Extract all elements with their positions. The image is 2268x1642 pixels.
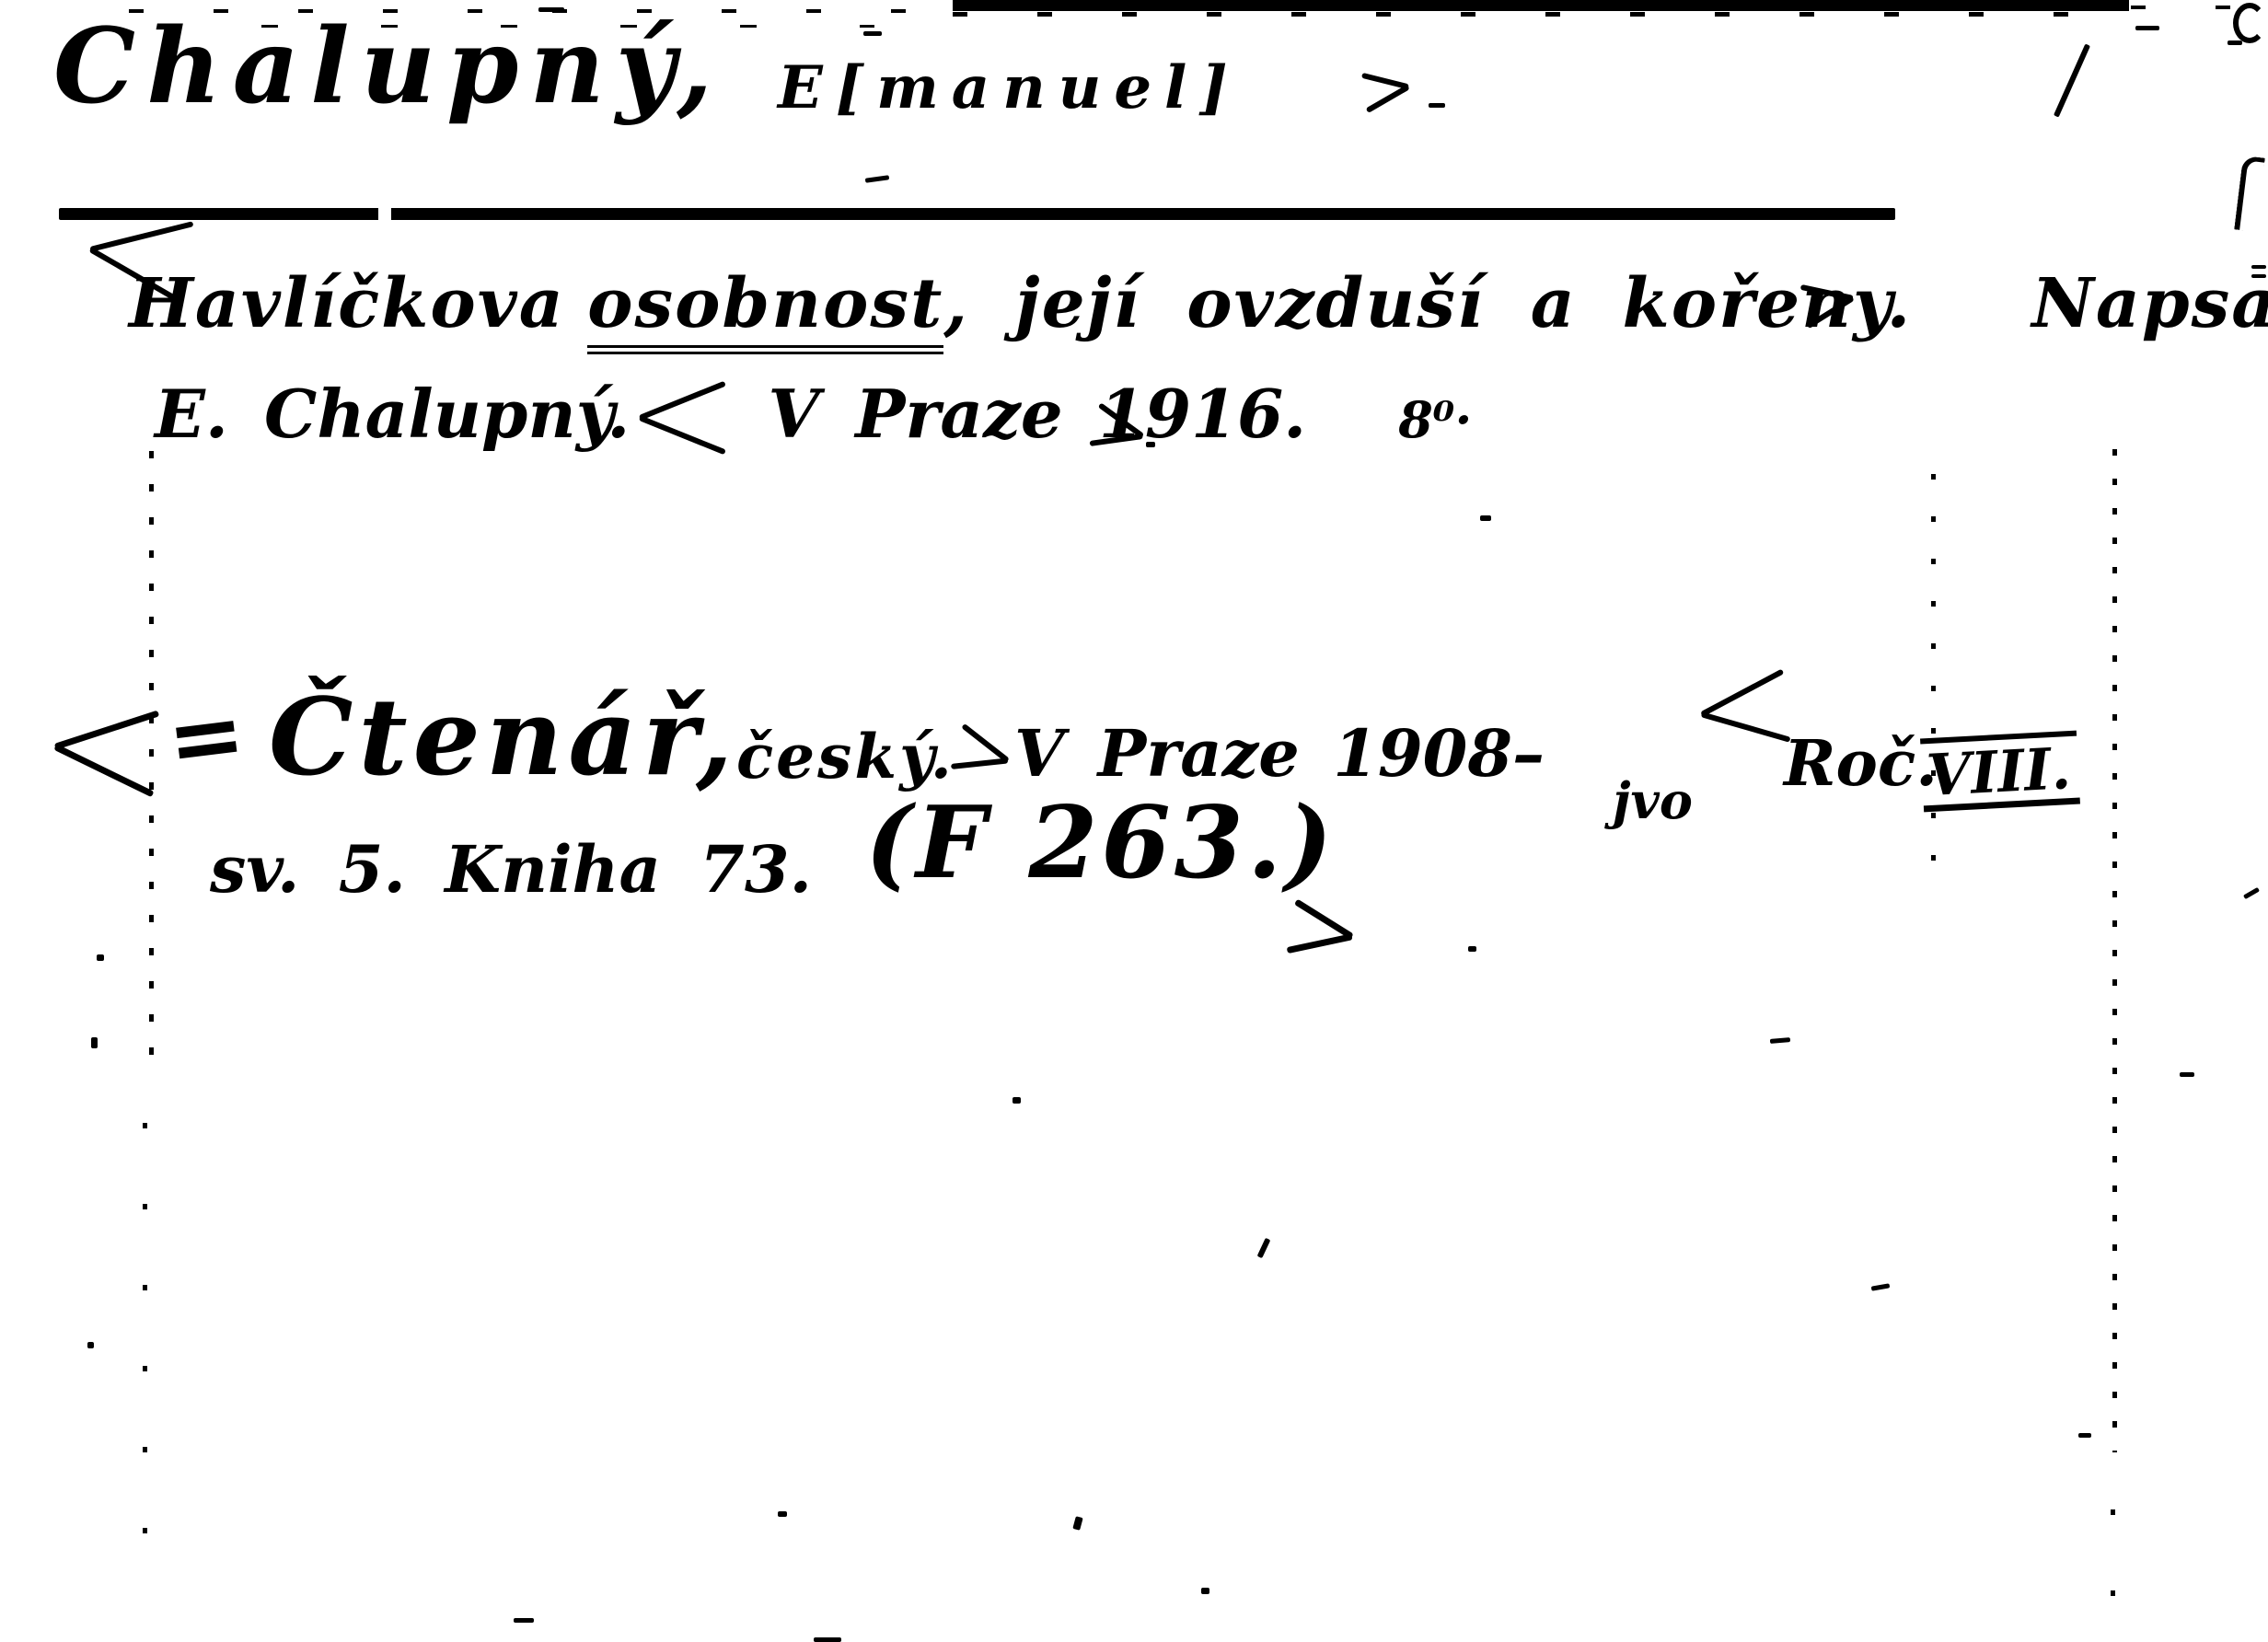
byline: Napsal	[2031, 264, 2268, 343]
series-qualifier: český.	[736, 725, 955, 789]
scan-speck	[865, 175, 889, 183]
caret-right-icon	[943, 707, 1019, 793]
scan-speck	[2243, 887, 2260, 899]
curve-mark	[2234, 156, 2265, 232]
right-margin-dotted-rule-lower	[2111, 1509, 2115, 1642]
scan-speck	[1146, 442, 1155, 447]
equals-sign: =	[161, 678, 250, 794]
heading-rule	[59, 208, 1895, 220]
scan-speck	[863, 31, 882, 36]
scan-speck	[2078, 1433, 2091, 1438]
title-emphasized: osobnost	[587, 264, 943, 354]
scan-speck	[1871, 1283, 1891, 1290]
author-imprint-line: E. Chalupný.V Praze 1916.8⁰·	[155, 379, 1472, 449]
volume-number-value: VIII.	[1920, 731, 2080, 813]
scan-speck	[1480, 515, 1491, 521]
title-line: Havlíčkovaosobnost, její ovzduší a kořen…	[129, 269, 2268, 341]
scan-speck	[1770, 1037, 1790, 1044]
heading-surname: Chalupný,	[53, 13, 723, 121]
right-margin-dotted-rule	[2112, 449, 2117, 1452]
issue-note: sv. 5. Kniha 73.	[210, 836, 812, 904]
shelfmark: (F 263.)	[865, 792, 1336, 896]
volume-number: VIII.	[1922, 734, 2078, 808]
scan-speck	[1072, 1516, 1082, 1531]
corner-arc-mark	[2233, 3, 2266, 43]
scan-speck	[1257, 1238, 1271, 1258]
series-imprint: V Praze 1908–	[1014, 720, 1545, 788]
series-title: Čtenář,	[269, 683, 738, 794]
scan-speck	[814, 1637, 841, 1642]
scan-speck	[514, 1618, 534, 1623]
volume-label: Roč.	[1784, 732, 1938, 797]
caret-left-icon	[1698, 675, 1796, 739]
scan-speck	[2227, 40, 2242, 45]
caret-right-icon	[1357, 58, 1412, 118]
catalog-card: Chalupný, E[manuel] Havlíčkovaosobnost, …	[0, 0, 2268, 1642]
scan-speck	[91, 1037, 98, 1048]
scan-speck	[778, 1511, 787, 1517]
scan-noise-strip	[953, 12, 2122, 17]
scan-speck	[1012, 1097, 1021, 1104]
title-rest: , její ovzduší a kořeny.	[943, 264, 1912, 343]
title-pre: Havlíčkova	[129, 264, 565, 343]
scan-noise-bar	[953, 0, 2129, 11]
heading-forename: E[manuel]	[778, 57, 1241, 119]
scan-speck	[1201, 1588, 1209, 1594]
right-inner-dotted-rule	[1931, 474, 1936, 893]
series-annotation: jvo	[1613, 775, 1693, 827]
caret-right-icon	[1795, 267, 1857, 332]
imprint: V Praze 1916.	[768, 375, 1306, 453]
caret-left-icon	[640, 387, 732, 444]
scan-speck	[2180, 1072, 2194, 1077]
scan-speck	[2135, 26, 2159, 30]
scan-speck	[1468, 946, 1476, 952]
format-statement: 8⁰·	[1398, 390, 1472, 449]
scan-speck	[2054, 43, 2090, 117]
left-margin-dotted-rule-lower	[143, 1123, 147, 1583]
left-margin-dotted-rule	[149, 451, 154, 1070]
scan-speck	[1429, 103, 1445, 108]
scan-speck	[97, 954, 104, 961]
author: E. Chalupný.	[155, 375, 630, 453]
scan-speck	[87, 1342, 94, 1348]
